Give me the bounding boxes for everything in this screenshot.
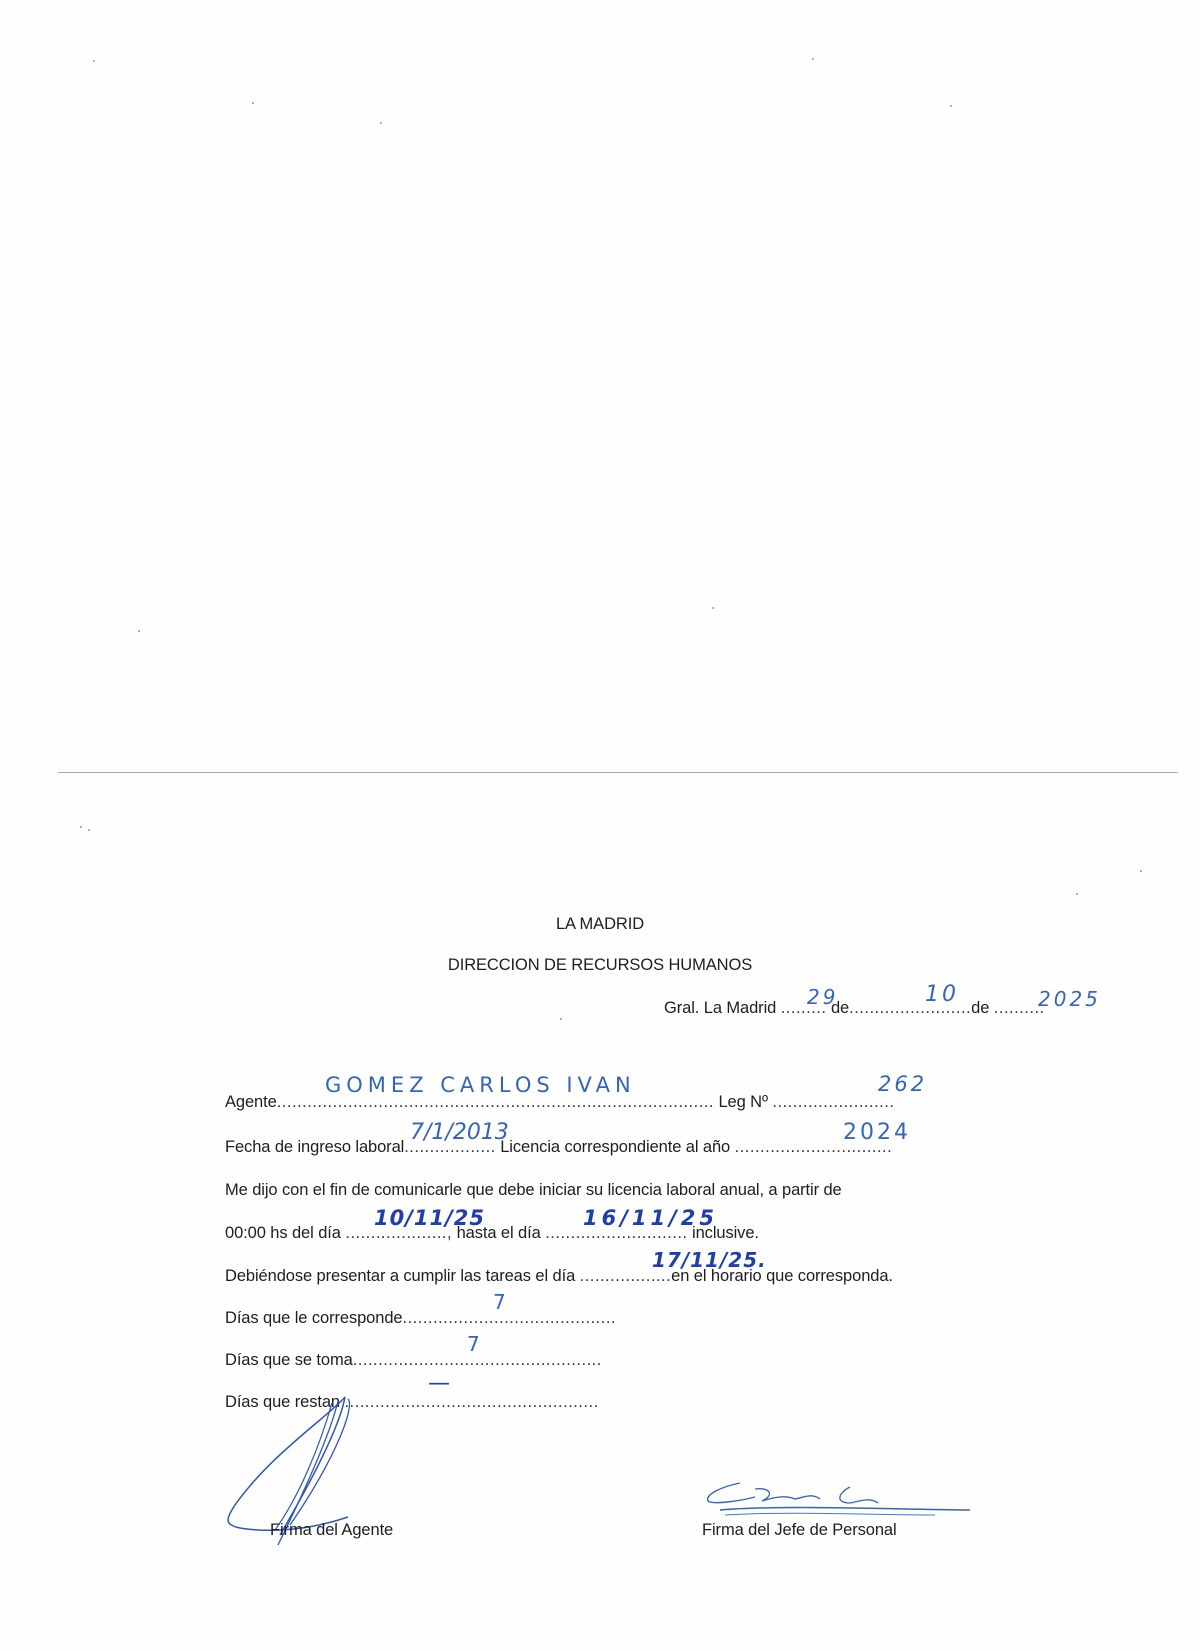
handwritten-day: 29 bbox=[807, 985, 838, 1009]
scan-speck bbox=[380, 122, 382, 124]
presentar-line: Debiéndose presentar a cumplir las tarea… bbox=[225, 1266, 893, 1286]
handwritten-fecha-ingreso: 7/1/2013 bbox=[410, 1120, 509, 1145]
scan-speck bbox=[950, 105, 952, 107]
de-label: de bbox=[971, 999, 989, 1017]
scan-speck bbox=[88, 829, 90, 831]
scan-speck bbox=[1076, 893, 1078, 895]
organization-title: LA MADRID bbox=[0, 914, 1200, 934]
dias-toma-line: Días que se toma........................… bbox=[225, 1350, 602, 1370]
scanned-document-page: LA MADRID DIRECCION DE RECURSOS HUMANOS … bbox=[0, 0, 1200, 1651]
presentar-label: Debiéndose presentar a cumplir las tarea… bbox=[225, 1267, 575, 1285]
jefe-signature-label: Firma del Jefe de Personal bbox=[702, 1520, 897, 1540]
place-date-line: Gral. La Madrid ......... de............… bbox=[664, 998, 1045, 1018]
handwritten-licencia-year: 2024 bbox=[843, 1120, 911, 1145]
handwritten-month: 10 bbox=[925, 982, 959, 1007]
scan-speck bbox=[812, 58, 814, 60]
intro-text: Me dijo con el fin de comunicarle que de… bbox=[225, 1180, 842, 1200]
scan-speck bbox=[138, 630, 140, 632]
handwritten-year: 2025 bbox=[1038, 987, 1101, 1011]
scan-speck bbox=[712, 607, 714, 609]
handwritten-desde-date: 10/11/25 bbox=[374, 1206, 485, 1230]
scan-speck bbox=[252, 102, 254, 104]
fecha-ingreso-line: Fecha de ingreso laboral................… bbox=[225, 1137, 892, 1157]
scan-speck bbox=[1140, 870, 1142, 872]
handwritten-hasta-date: 16/11/25 bbox=[583, 1206, 718, 1230]
leg-label: Leg Nº bbox=[718, 1093, 767, 1111]
handwritten-dias-corresponde: 7 bbox=[493, 1290, 509, 1314]
dias-corresponde-line: Días que le corresponde.................… bbox=[225, 1308, 616, 1328]
scan-speck bbox=[93, 60, 95, 62]
year-field: .......... bbox=[994, 999, 1045, 1017]
agente-label: Agente bbox=[225, 1093, 277, 1111]
handwritten-agent-name: GOMEZ CARLOS IVAN bbox=[325, 1073, 636, 1097]
dias-corresponde-label: Días que le corresponde bbox=[225, 1309, 402, 1327]
place-label: Gral. La Madrid bbox=[664, 999, 776, 1017]
dias-corresponde-field: ........................................… bbox=[402, 1309, 616, 1327]
agent-signature-label: Firma del Agente bbox=[270, 1520, 393, 1540]
page-divider bbox=[58, 772, 1178, 773]
leg-field: ........................ bbox=[772, 1093, 894, 1111]
dias-restan-field: ........................................… bbox=[344, 1393, 598, 1411]
handwritten-dias-restan: — bbox=[428, 1371, 453, 1396]
dias-toma-label: Días que se toma bbox=[225, 1351, 353, 1369]
licencia-label: Licencia correspondiente al año bbox=[500, 1138, 730, 1156]
handwritten-presentar-date: 17/11/25. bbox=[652, 1248, 767, 1272]
department-title: DIRECCION DE RECURSOS HUMANOS bbox=[0, 955, 1200, 975]
handwritten-dias-toma: 7 bbox=[467, 1332, 483, 1356]
fecha-ingreso-label: Fecha de ingreso laboral bbox=[225, 1138, 404, 1156]
scan-speck bbox=[80, 826, 82, 828]
desde-label: 00:00 hs del día bbox=[225, 1224, 341, 1242]
scan-speck bbox=[560, 1018, 562, 1020]
handwritten-leg-number: 262 bbox=[878, 1072, 927, 1096]
